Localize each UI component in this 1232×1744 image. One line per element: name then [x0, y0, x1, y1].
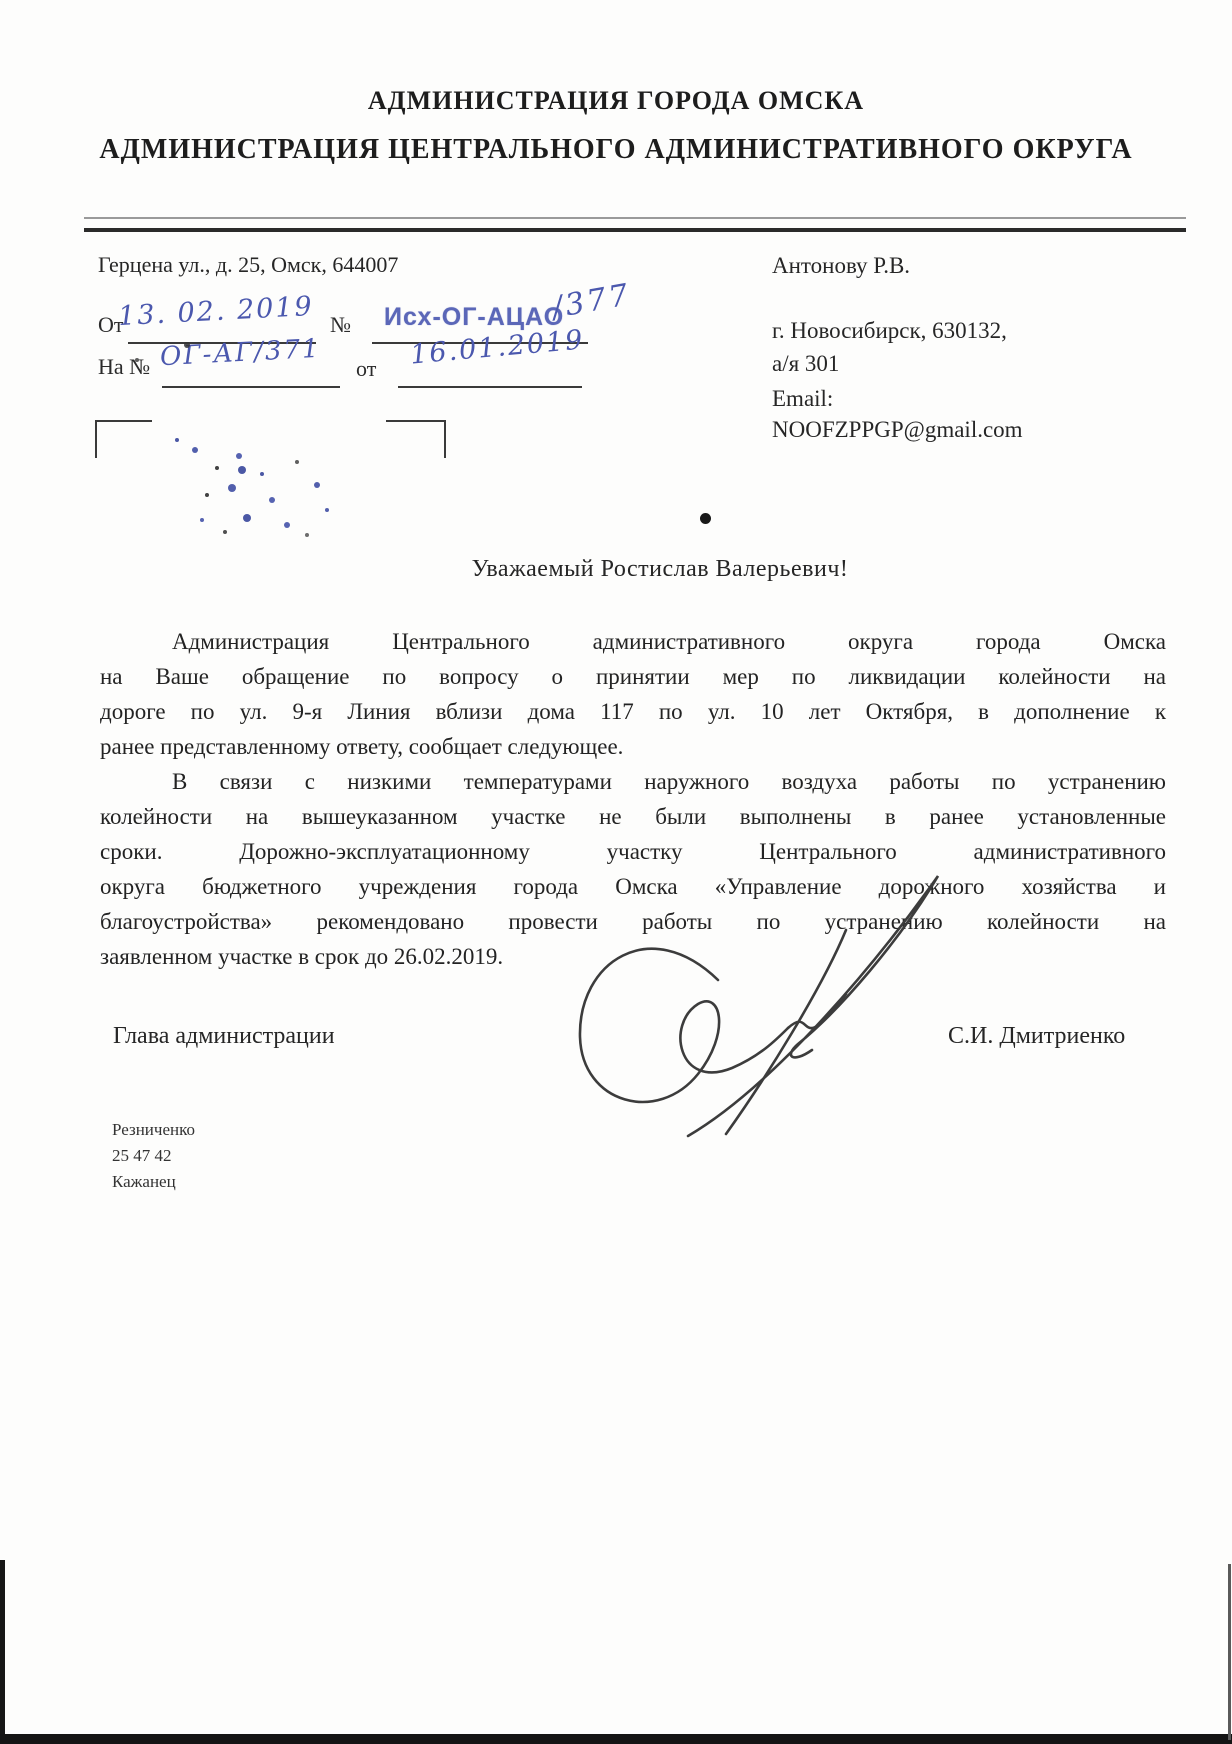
signatory-name: С.И. Дмитриенко — [948, 1023, 1125, 1050]
recipient-city: г. Новосибирск, 630132, — [772, 318, 1007, 344]
reply-label: На № — [98, 354, 150, 380]
scan-edge-bottom — [0, 1734, 1232, 1744]
body-line: ранее представленному ответу, сообщает с… — [100, 729, 1166, 764]
recipient-email-label: Email: — [772, 386, 833, 412]
executor-name-2: Кажанец — [112, 1172, 176, 1192]
body-line: Администрация Центрального административ… — [100, 624, 1166, 659]
ink-speckles — [175, 438, 179, 442]
reply-date-underline — [398, 386, 582, 388]
recipient-po-box: а/я 301 — [772, 351, 839, 377]
scanned-letter-page: АДМИНИСТРАЦИЯ ГОРОДА ОМСКА АДМИНИСТРАЦИЯ… — [0, 0, 1232, 1744]
signatory-title: Глава администрации — [113, 1023, 335, 1050]
scan-edge-right — [1228, 1564, 1231, 1740]
scan-edge-left — [0, 1560, 5, 1744]
body-line: В связи с низкими температурами наружног… — [100, 764, 1166, 799]
number-label: № — [330, 312, 351, 338]
salutation: Уважаемый Ростислав Валерьевич! — [100, 556, 1166, 583]
body-line: дороге по ул. 9-я Линия вблизи дома 117 … — [100, 694, 1166, 729]
signature-scribble — [540, 852, 950, 1152]
address-corner-mark-left — [95, 420, 152, 458]
letterhead-rule-thick — [84, 228, 1186, 232]
recipient-email: NOOFZPPGP@gmail.com — [772, 417, 1023, 443]
recipient-name: Антонову Р.В. — [772, 253, 910, 279]
reply-date-label: от — [356, 356, 376, 382]
sender-address: Герцена ул., д. 25, Омск, 644007 — [98, 252, 398, 278]
letterhead-org-line2: АДМИНИСТРАЦИЯ ЦЕНТРАЛЬНОГО АДМИНИСТРАТИВ… — [0, 134, 1232, 166]
executor-name: Резниченко — [112, 1120, 195, 1140]
letterhead-org-line1: АДМИНИСТРАЦИЯ ГОРОДА ОМСКА — [0, 86, 1232, 116]
ink-dot — [700, 513, 711, 524]
reply-number-handwritten: ОГ-АГ/371 — [159, 334, 321, 372]
body-line: колейности на вышеуказанном участке не б… — [100, 799, 1166, 834]
from-date-handwritten: 13. 02. 2019 — [117, 291, 314, 332]
address-corner-mark-right — [386, 420, 446, 458]
letterhead-rule-thin — [84, 217, 1186, 219]
reply-number-underline — [162, 386, 340, 388]
body-line: на Ваше обращение по вопросу о принятии … — [100, 659, 1166, 694]
number-suffix-handwritten: /377 — [550, 277, 634, 325]
executor-phone: 25 47 42 — [112, 1146, 172, 1166]
